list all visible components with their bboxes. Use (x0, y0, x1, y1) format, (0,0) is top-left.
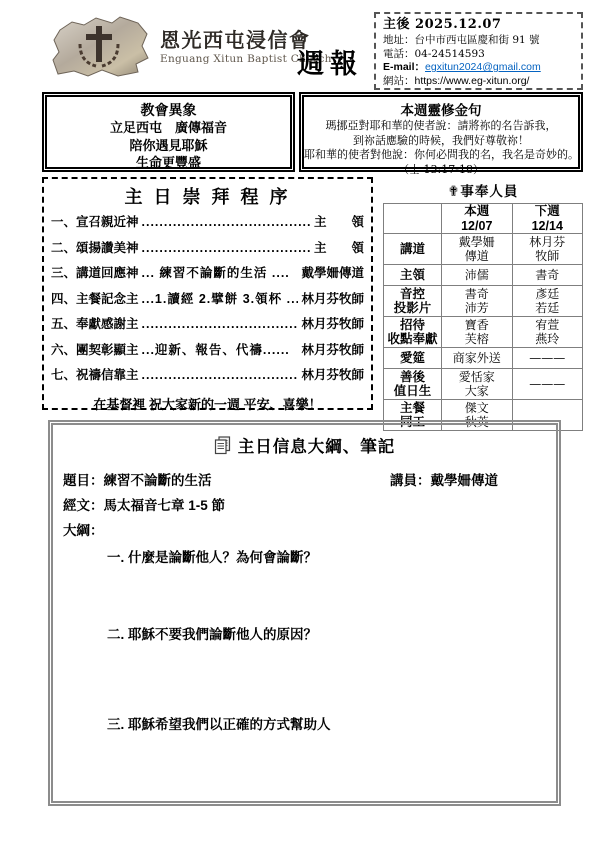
worship-order-box: 主 日 崇 拜 程 序 一、宣召親近神.....................… (42, 177, 373, 410)
website-line: 網站：https://www.eg-xitun.org/ (383, 75, 574, 89)
bulletin-date: 主後 2025.12.07 (383, 17, 574, 34)
worship-item: 六、團契彰顯主...迎新、報告、代禱......林月芬牧師 (51, 340, 364, 366)
outline-label: 大綱： (63, 519, 546, 539)
table-row: 善後 值日生 愛恬家 大家 ——— (384, 369, 583, 400)
this-week-cell: 書奇 沛芳 (442, 286, 513, 317)
next-week-cell: 書奇 (512, 265, 583, 286)
role-cell: 招待 收點奉獻 (384, 317, 442, 348)
worship-item-name: 二、頌揚讚美神 (51, 238, 139, 256)
worship-item-name: 一、宣召親近神 (51, 212, 139, 230)
worship-item-detail: ........................................… (142, 215, 311, 229)
worship-item: 四、主餐記念主...1.讀經 2.擘餅 3.領杯 ...林月芬牧師 (51, 289, 364, 315)
verse-line: 瑪挪亞對耶和華的使者說：請將祢的名告訴我， (304, 119, 578, 134)
sermon-notes-box: 主日信息大綱、筆記 題目：練習不論斷的生活 講員：戴學姍傳道 經文：馬太福音七章… (48, 420, 561, 806)
outline-point: 三. 耶穌希望我們以正確的方式幫助人 (107, 713, 546, 733)
sermon-topic: 題目：練習不論斷的生活 (63, 469, 212, 489)
scripture-label: 經文： (63, 498, 104, 513)
worship-item-name: 五、奉獻感謝主 (51, 314, 139, 332)
speaker-label: 講員： (390, 473, 431, 488)
worship-item-leader: 林月芬牧師 (301, 289, 364, 307)
role-cell: 善後 值日生 (384, 369, 442, 400)
table-row: 講道 戴學姍 傳道 林月芬 牧師 (384, 234, 583, 265)
table-row: 招待 收點奉獻 寶香 芙榕 宥萱 燕玲 (384, 317, 583, 348)
worship-item-detail: ...1.讀經 2.擘餅 3.領杯 ... (142, 289, 299, 307)
vision-title: 教會異象 (47, 100, 290, 120)
website-value: https://www.eg-xitun.org/ (415, 75, 530, 87)
scripture-value: 馬太福音七章 1-5 節 (104, 498, 226, 513)
next-week-cell: ——— (512, 369, 583, 400)
worship-item: 一、宣召親近神.................................… (51, 212, 364, 238)
this-week-cell: 寶香 芙榕 (442, 317, 513, 348)
worship-item-detail: ........................................… (142, 317, 299, 331)
church-logo: 恩光西屯浸信會 Enguang Xitun Baptist Church (50, 14, 332, 80)
map-cross-logo-icon (50, 14, 154, 80)
verse-title: 本週靈修金句 (304, 99, 578, 119)
phone-label: 電話： (383, 48, 415, 60)
worship-item: 二、頌揚讚美神.................................… (51, 238, 364, 264)
outline-point: 二. 耶穌不要我們論斷他人的原因？ (107, 623, 546, 643)
worship-item: 七、祝禱信靠主.................................… (51, 365, 364, 391)
worship-item-name: 七、祝禱信靠主 (51, 365, 139, 383)
address-line: 地址：台中市西屯區慶和街 91 號 (383, 34, 574, 48)
bulletin-title: 週報 (297, 42, 363, 81)
worship-item-leader: 林月芬牧師 (301, 365, 364, 383)
email-line: E-mail：egxitun2024@gmail.com (383, 61, 574, 75)
serving-roster-title-text: 事奉人員 (460, 184, 518, 199)
next-week-cell: 宥萱 燕玲 (512, 317, 583, 348)
table-row: 音控 投影片 書奇 沛芳 彥廷 若廷 (384, 286, 583, 317)
worship-item-detail: ... 練習不論斷的生活 .... (142, 263, 299, 281)
vision-line: 生命更豐盛 (47, 155, 290, 173)
worship-item: 五、奉獻感謝主.................................… (51, 314, 364, 340)
this-week-cell: 商家外送 (442, 348, 513, 369)
worship-item-detail: ...迎新、報告、代禱...... (142, 340, 299, 358)
worship-item: 三、講道回應神... 練習不論斷的生活 ....戴學姍傳道 (51, 263, 364, 289)
topic-label: 題目： (63, 473, 104, 488)
worship-item-leader: 戴學姍傳道 (301, 263, 364, 281)
document-pages-icon (214, 436, 231, 455)
verse-line: 耶和華的使者對他說：你何必問我的名，我名是奇妙的。 (304, 148, 578, 163)
worship-item-detail: ........................................… (142, 241, 311, 255)
sermon-scripture: 經文：馬太福音七章 1-5 節 (63, 494, 546, 514)
serving-roster-title: ✟事奉人員 (383, 180, 583, 200)
worship-order-title: 主 日 崇 拜 程 序 (51, 183, 364, 209)
role-cell: 音控 投影片 (384, 286, 442, 317)
table-header-row: 本週 12/07 下週 12/14 (384, 204, 583, 234)
table-row: 主領 沛儒 書奇 (384, 265, 583, 286)
worship-item-name: 六、團契彰顯主 (51, 340, 139, 358)
speaker-value: 戴學姍傳道 (431, 473, 499, 488)
worship-item-leader: 林月芬牧師 (301, 340, 364, 358)
latin-cross-icon: ✟ (448, 183, 461, 199)
verse-reference: （士 13:17-18） (304, 163, 578, 178)
address-label: 地址： (383, 34, 415, 46)
corner-cell (384, 204, 442, 234)
worship-item-name: 三、講道回應神 (51, 263, 139, 281)
email-link[interactable]: egxitun2024@gmail.com (425, 61, 541, 73)
weekly-verse-box: 本週靈修金句 瑪挪亞對耶和華的使者說：請將祢的名告訴我， 到祢話應驗的時候，我們… (299, 92, 583, 172)
serving-roster-table: 本週 12/07 下週 12/14 講道 戴學姍 傳道 林月芬 牧師 主領 沛儒… (383, 203, 583, 431)
worship-item-name: 四、主餐記念主 (51, 289, 139, 307)
next-week-header: 下週 12/14 (512, 204, 583, 234)
email-label: E-mail： (383, 61, 425, 73)
serving-roster: ✟事奉人員 本週 12/07 下週 12/14 講道 戴學姍 傳道 林月芬 牧師… (383, 180, 583, 431)
worship-blessing: 在基督裡 祝大家新的一週 平安、喜樂！ (51, 394, 364, 413)
topic-row: 題目：練習不論斷的生活 講員：戴學姍傳道 (63, 469, 546, 489)
address-value: 台中市西屯區慶和街 91 號 (415, 34, 540, 46)
worship-item-leader: 主 領 (314, 238, 364, 256)
phone-line: 電話：04-24514593 (383, 48, 574, 62)
next-week-cell: 林月芬 牧師 (512, 234, 583, 265)
outline-point: 一. 什麼是論斷他人？為何會論斷？ (107, 546, 546, 566)
phone-value: 04-24514593 (415, 48, 485, 60)
this-week-cell: 愛恬家 大家 (442, 369, 513, 400)
role-cell: 講道 (384, 234, 442, 265)
this-week-cell: 沛儒 (442, 265, 513, 286)
worship-item-detail: ........................................… (142, 368, 299, 382)
next-week-cell: ——— (512, 348, 583, 369)
next-week-cell: 彥廷 若廷 (512, 286, 583, 317)
worship-item-leader: 主 領 (314, 212, 364, 230)
verse-line: 到祢話應驗的時候，我們好尊敬祢！ (304, 134, 578, 149)
sermon-notes-header: 主日信息大綱、筆記 (63, 433, 546, 457)
website-label: 網站： (383, 75, 415, 87)
topic-value: 練習不論斷的生活 (104, 473, 212, 488)
vision-line: 立足西屯 廣傳福音 (47, 120, 290, 138)
vision-line: 陪你遇見耶穌 (47, 138, 290, 156)
worship-item-leader: 林月芬牧師 (301, 314, 364, 332)
sermon-notes-title: 主日信息大綱、筆記 (238, 433, 396, 457)
sermon-speaker: 講員：戴學姍傳道 (390, 469, 498, 489)
this-week-cell: 戴學姍 傳道 (442, 234, 513, 265)
this-week-header: 本週 12/07 (442, 204, 513, 234)
church-vision-box: 教會異象 立足西屯 廣傳福音 陪你遇見耶穌 生命更豐盛 (42, 92, 295, 172)
role-cell: 愛筵 (384, 348, 442, 369)
table-row: 愛筵 商家外送 ——— (384, 348, 583, 369)
bulletin-page: 恩光西屯浸信會 Enguang Xitun Baptist Church 週報 … (0, 0, 595, 841)
role-cell: 主領 (384, 265, 442, 286)
contact-info-box: 主後 2025.12.07 地址：台中市西屯區慶和街 91 號 電話：04-24… (374, 12, 583, 90)
